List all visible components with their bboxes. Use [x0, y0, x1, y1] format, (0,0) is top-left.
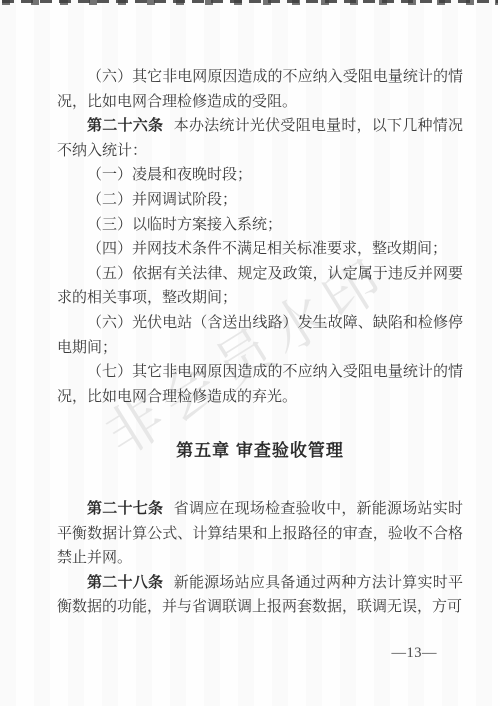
article-number: 第二十七条 — [87, 501, 163, 517]
paragraph: 第二十六条本办法统计光伏受阻电量时，以下几种情况不纳入统计： — [57, 114, 463, 163]
paragraph: （四）并网技术条件不满足相关标准要求，整改期间； — [57, 237, 463, 262]
paragraph: （一）凌晨和夜晚时段； — [57, 163, 463, 188]
paragraph: （二）并网调试阶段； — [57, 188, 463, 213]
document-page: 非会员水印 （六）其它非电网原因造成的不应纳入受阻电量统计的情况，比如电网合理检… — [0, 0, 500, 706]
article-number: 第二十六条 — [87, 118, 163, 134]
document-body: （六）其它非电网原因造成的不应纳入受阻电量统计的情况，比如电网合理检修造成的受阻… — [57, 0, 463, 620]
page-number: —13— — [392, 645, 438, 662]
paragraph: （六）其它非电网原因造成的不应纳入受阻电量统计的情况，比如电网合理检修造成的受阻… — [57, 65, 463, 114]
paragraph: （三）以临时方案接入系统； — [57, 213, 463, 238]
paragraph: 第二十七条省调应在现场检查验收中，新能源场站实时平衡数据计算公式、计算结果和上报… — [57, 497, 463, 571]
paragraph: （五）依据有关法律、规定及政策，认定属于违反并网要求的相关事项，整改期间； — [57, 262, 463, 311]
paragraph: 第二十八条新能源场站应具备通过两种方法计算实时平衡数据的功能，并与省调联调上报两… — [57, 571, 463, 620]
paragraph: （六）光伏电站（含送出线路）发生故障、缺陷和检修停电期间； — [57, 311, 463, 360]
article-number: 第二十八条 — [87, 575, 163, 591]
paragraph: （七）其它非电网原因造成的不应纳入受阻电量统计的情况，比如电网合理检修造成的弃光… — [57, 360, 463, 409]
chapter-heading: 第五章 审查验收管理 — [57, 439, 463, 464]
